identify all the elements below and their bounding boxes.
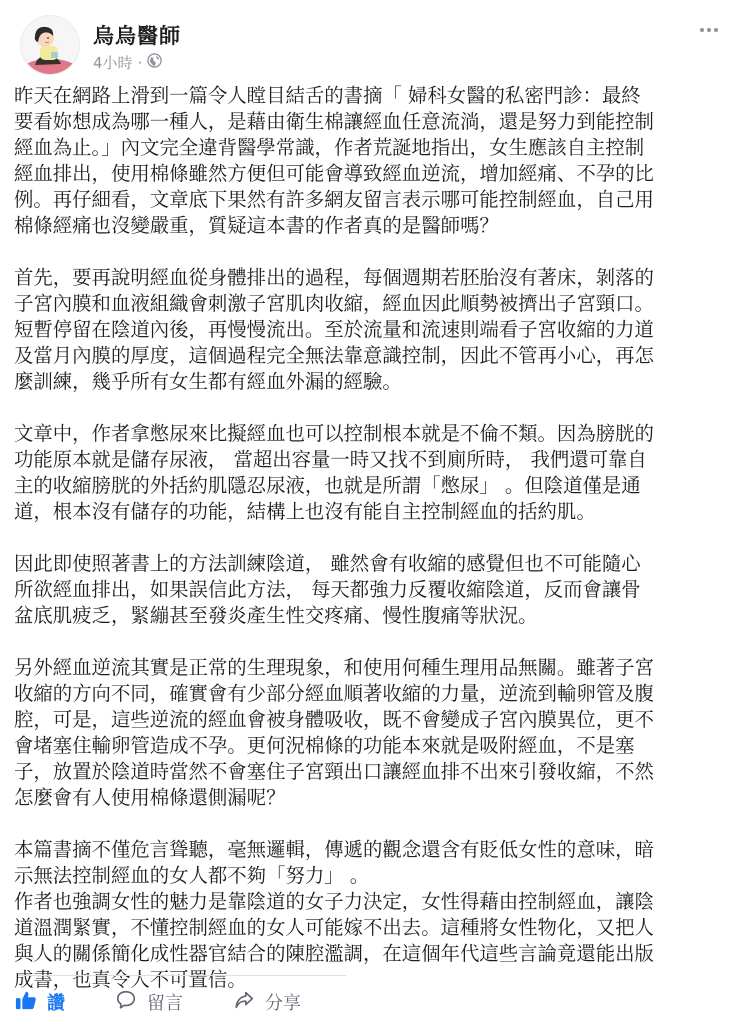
avatar[interactable] (20, 15, 80, 75)
post-paragraph: 本篇書摘不僅危言聳聽，毫無邏輯，傳遞的觀念還含有貶低女性的意味，暗 示無法控制經… (14, 837, 719, 889)
more-options-button[interactable] (694, 20, 724, 40)
post-paragraph: 作者也強調女性的魅力是靠陰道的女子力決定，女性得藉由控制經血，讓陰 道溫潤緊實，… (14, 889, 719, 993)
post-paragraph: 文章中，作者拿憋尿來比擬經血也可以控制根本就是不倫不類。因為膀胱的 功能原本就是… (14, 421, 719, 525)
globe-icon (147, 53, 162, 72)
like-label: 讚 (47, 989, 65, 1015)
comment-icon (115, 989, 137, 1016)
post-paragraph: 昨天在網路上滑到一篇令人瞠目結舌的書摘「 婦科女醫的私密門診：最終 要看妳想成為… (14, 83, 719, 239)
comment-label: 留言 (147, 989, 183, 1015)
post-text: 昨天在網路上滑到一篇令人瞠目結舌的書摘「 婦科女醫的私密門診：最終 要看妳想成為… (14, 83, 719, 1019)
actions-divider (18, 975, 346, 976)
post-actions-bar: 讚 留言 分享 (0, 985, 732, 1019)
post-time[interactable]: 4小時 (93, 52, 133, 73)
post-meta: 4小時 · (93, 52, 162, 73)
thumbs-up-icon (15, 989, 37, 1016)
meta-separator: · (138, 54, 143, 72)
share-icon (233, 989, 255, 1016)
author-name[interactable]: 烏烏醫師 (93, 20, 181, 50)
share-label: 分享 (265, 989, 301, 1015)
post-header: 烏烏醫師 4小時 · (0, 0, 732, 75)
more-horizontal-icon (700, 28, 704, 32)
post-paragraph: 另外經血逆流其實是正常的生理現象，和使用何種生理用品無關。雖著子宮 收縮的方向不… (14, 655, 719, 811)
like-button[interactable]: 讚 (15, 985, 65, 1019)
comment-button[interactable]: 留言 (115, 985, 183, 1019)
post-paragraph: 因此即使照著書上的方法訓練陰道， 雖然會有收縮的感覺但也不可能隨心 所欲經血排出… (14, 551, 719, 629)
share-button[interactable]: 分享 (233, 985, 301, 1019)
avatar-illustration-icon (21, 16, 79, 74)
post-paragraph: 首先，要再說明經血從身體排出的過程，每個週期若胚胎沒有著床，剝落的 子宮內膜和血… (14, 265, 719, 395)
